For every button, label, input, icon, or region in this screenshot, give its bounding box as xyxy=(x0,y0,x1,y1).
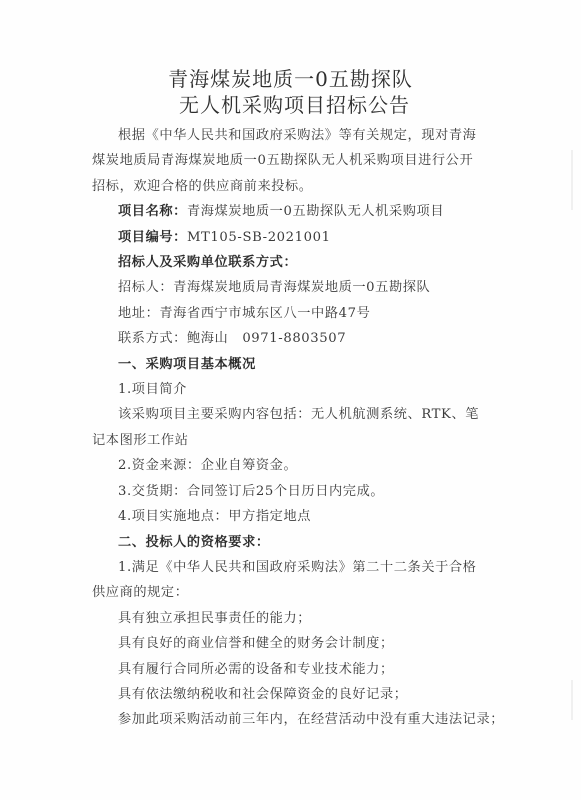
requirement-item: 具有良好的商业信誉和健全的财务会计制度； xyxy=(92,631,487,656)
tenderer-value: 青海煤炭地质局青海煤炭地质一0五勘探队 xyxy=(173,280,430,295)
contact-line: 联系方式：鲍海山0971-8803507 xyxy=(92,326,487,351)
s1-item4: 4.项目实施地点：甲方指定地点 xyxy=(92,504,487,529)
address-value: 青海省西宁市城东区八一中路47号 xyxy=(159,306,370,321)
contact-label: 联系方式： xyxy=(118,331,187,346)
document-title-line2: 无人机采购项目招标公告 xyxy=(4,92,581,118)
tenderer-line: 招标人：青海煤炭地质局青海煤炭地质一0五勘探队 xyxy=(92,275,487,300)
requirement-item: 具有依法缴纳税收和社会保障资金的良好记录； xyxy=(92,682,487,707)
section1-heading: 一、采购项目基本概况 xyxy=(92,352,487,377)
section2-heading: 二、投标人的资格要求： xyxy=(92,530,487,555)
requirement-item: 参加此项采购活动前三年内，在经营活动中没有重大违法记录； xyxy=(92,707,487,732)
contact-phone: 0971-8803507 xyxy=(242,331,346,346)
project-number-value: MT105-SB-2021001 xyxy=(187,230,331,245)
requirement-item: 具有履行合同所必需的设备和专业技术能力； xyxy=(92,657,487,682)
address-line: 地址：青海省西宁市城东区八一中路47号 xyxy=(92,301,487,326)
project-number-line: 项目编号：MT105-SB-2021001 xyxy=(92,225,487,250)
s1-item1-text: 该采购项目主要采购内容包括：无人机航测系统、RTK、笔记本图形工作站 xyxy=(92,402,487,453)
intro-paragraph: 根据《中华人民共和国政府采购法》等有关规定，现对青海煤炭地质局青海煤炭地质一0五… xyxy=(92,123,487,199)
document-page: 青海煤炭地质一0五勘探队 无人机采购项目招标公告 根据《中华人民共和国政府采购法… xyxy=(0,0,581,800)
address-label: 地址： xyxy=(118,306,159,321)
s1-item2: 2.资金来源：企业自筹资金。 xyxy=(92,453,487,478)
project-name-value: 青海煤炭地质一0五勘探队无人机采购项目 xyxy=(187,204,444,219)
s1-item1-heading: 1.项目简介 xyxy=(92,377,487,402)
s1-item3: 3.交货期：合同签订后25个日历日内完成。 xyxy=(92,479,487,504)
project-name-label: 项目名称： xyxy=(118,204,187,219)
tenderer-label: 招标人： xyxy=(118,280,173,295)
project-number-label: 项目编号： xyxy=(118,230,187,245)
project-name-line: 项目名称：青海煤炭地质一0五勘探队无人机采购项目 xyxy=(92,199,487,224)
s2-item1: 1.满足《中华人民共和国政府采购法》第二十二条关于合格供应商的规定： xyxy=(92,555,487,606)
contact-person: 鲍海山 xyxy=(187,331,228,346)
contact-heading: 招标人及采购单位联系方式： xyxy=(92,250,487,275)
requirement-item: 具有独立承担民事责任的能力； xyxy=(92,606,487,631)
scan-edge-mark xyxy=(571,680,573,720)
document-title-line1: 青海煤炭地质一0五勘探队 xyxy=(0,66,581,92)
document-body: 根据《中华人民共和国政府采购法》等有关规定，现对青海煤炭地质局青海煤炭地质一0五… xyxy=(92,123,487,733)
scan-edge-mark xyxy=(571,150,573,210)
